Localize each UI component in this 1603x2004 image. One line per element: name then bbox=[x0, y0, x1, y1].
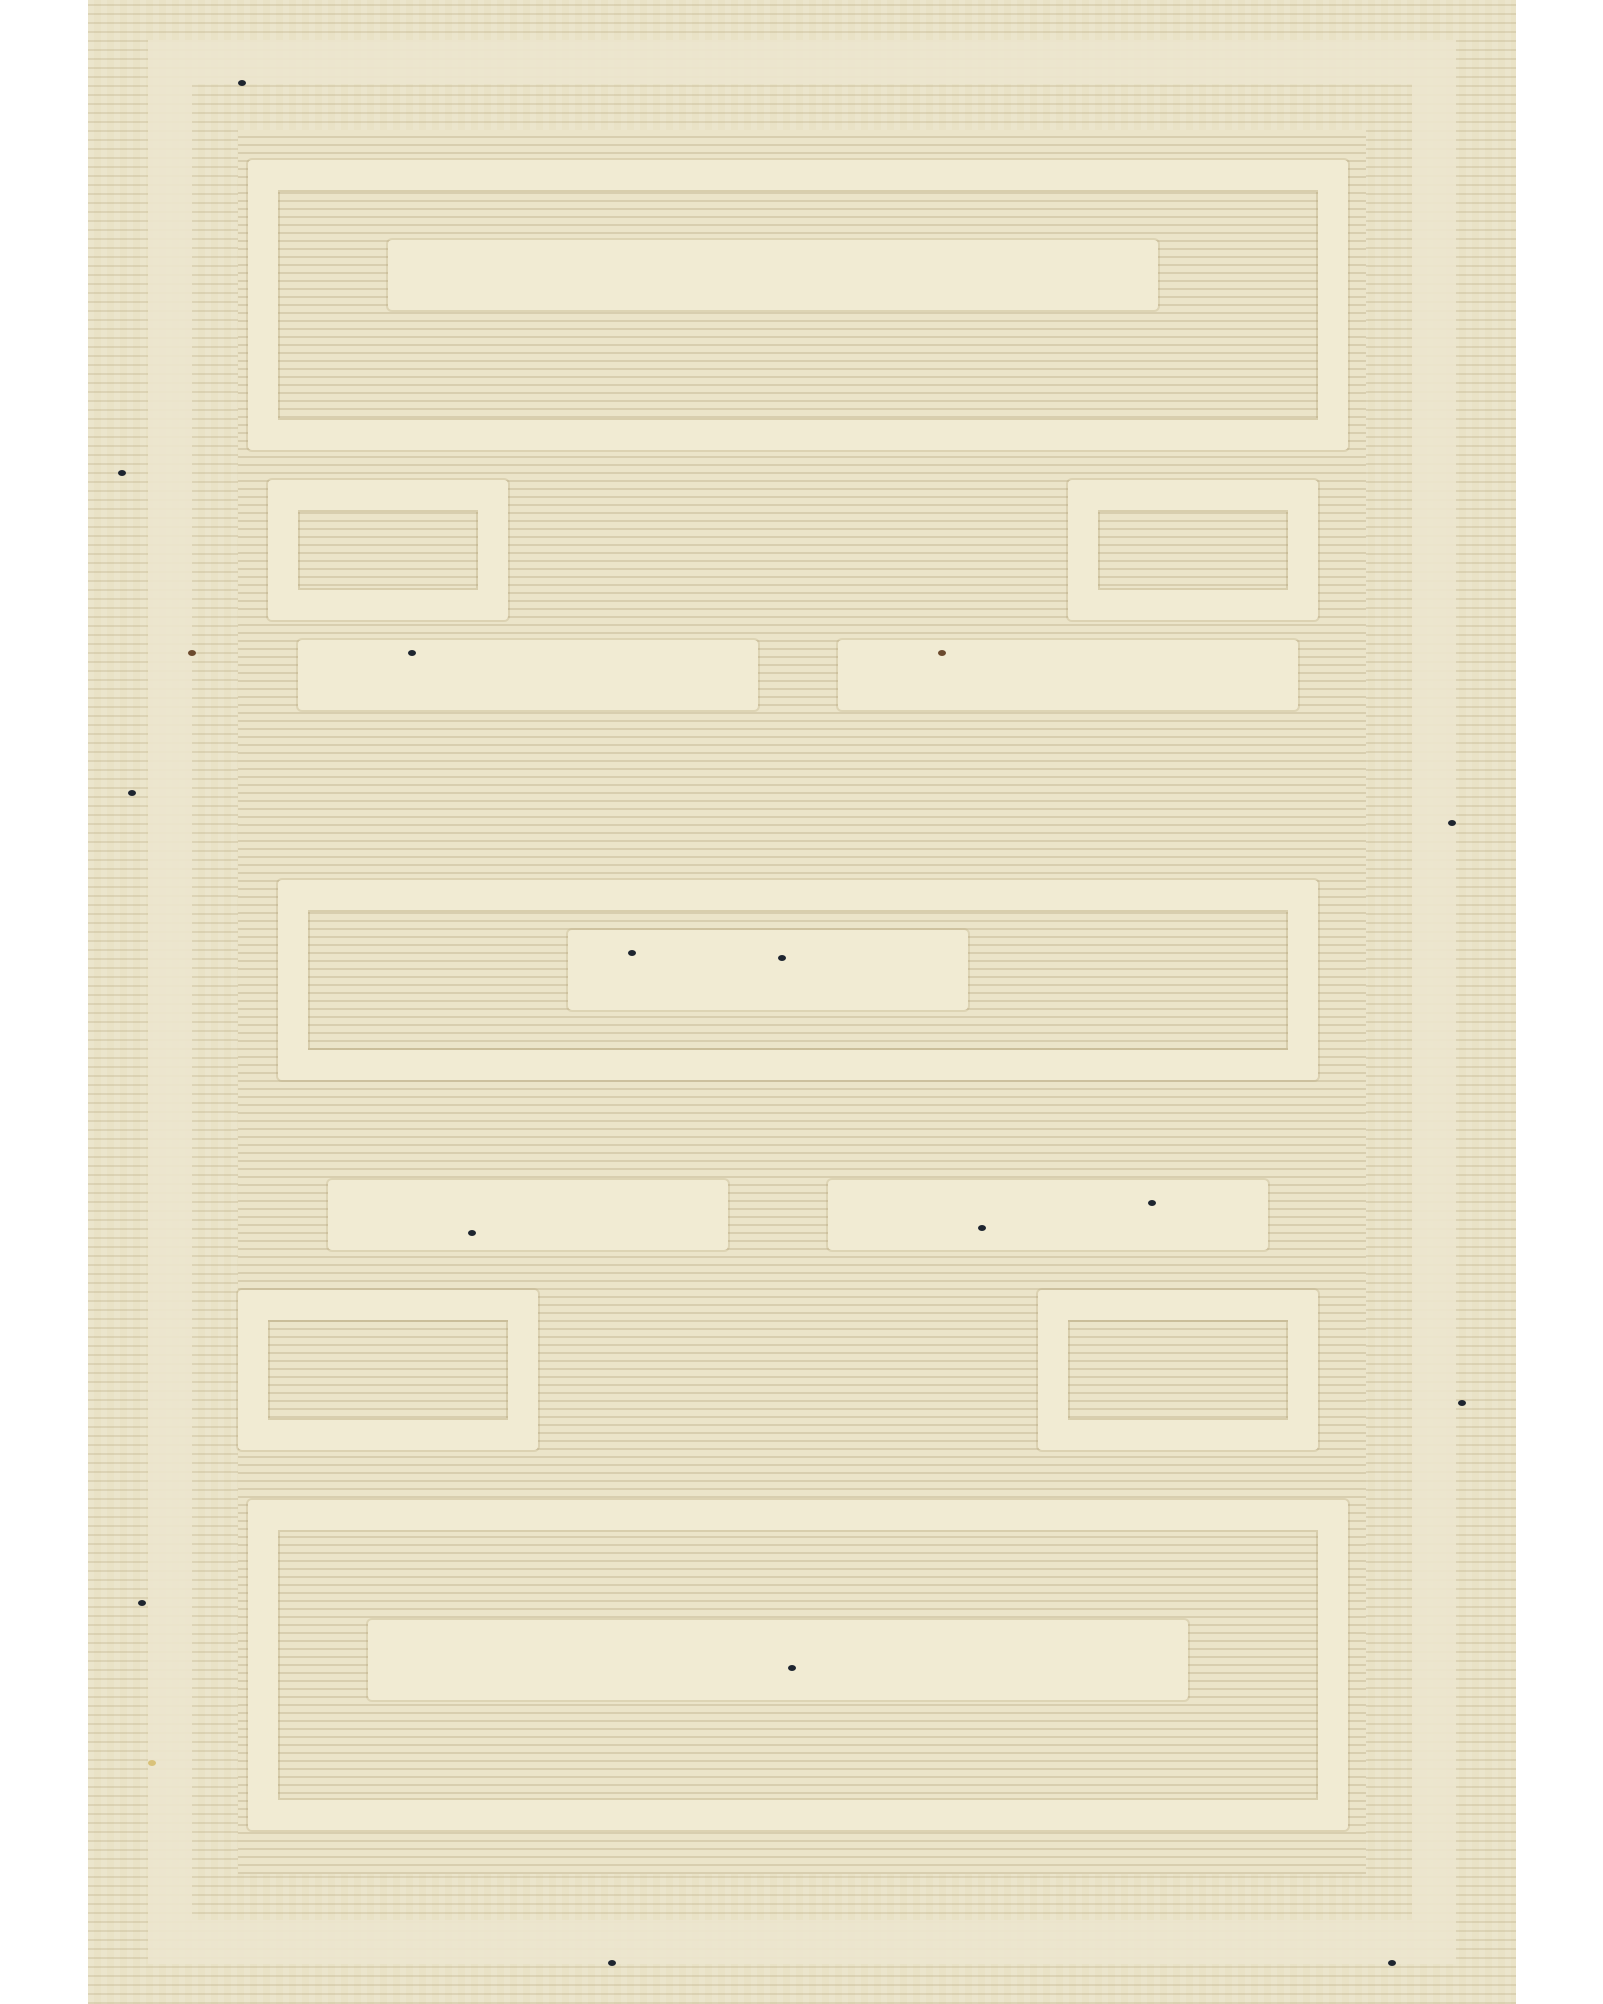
rug-speck bbox=[128, 790, 136, 796]
rug-speck bbox=[978, 1225, 986, 1231]
rug-speck bbox=[788, 1665, 796, 1671]
rug-speck bbox=[408, 650, 416, 656]
rug-motif-block bbox=[1038, 1290, 1318, 1450]
rug-motif-bar bbox=[328, 1180, 728, 1250]
rug-motif-block bbox=[1068, 480, 1318, 620]
rug-motif-block bbox=[238, 1290, 538, 1450]
rug-motif-bar bbox=[828, 1180, 1268, 1250]
rug-speck bbox=[1458, 1400, 1466, 1406]
rug-speck bbox=[938, 650, 946, 656]
rug-speck bbox=[1148, 1200, 1156, 1206]
rug-motif-bar bbox=[388, 240, 1158, 310]
rug-motif-bar bbox=[838, 640, 1298, 710]
rug-speck bbox=[628, 950, 636, 956]
rug-speck bbox=[608, 1960, 616, 1966]
rug-speck bbox=[1448, 820, 1456, 826]
rug-speck bbox=[238, 80, 246, 86]
rug-speck bbox=[118, 470, 126, 476]
rug-motif-bar bbox=[368, 1620, 1188, 1700]
rug-speck bbox=[148, 1760, 156, 1766]
rug-speck bbox=[188, 650, 196, 656]
rug-speck bbox=[1388, 1960, 1396, 1966]
rug-motif-bar bbox=[568, 930, 968, 1010]
rug-speck bbox=[468, 1230, 476, 1236]
rug-motif-bar bbox=[298, 640, 758, 710]
rug-speck bbox=[138, 1600, 146, 1606]
rug bbox=[88, 0, 1516, 2004]
rug-motif-block bbox=[268, 480, 508, 620]
rug-speck bbox=[778, 955, 786, 961]
